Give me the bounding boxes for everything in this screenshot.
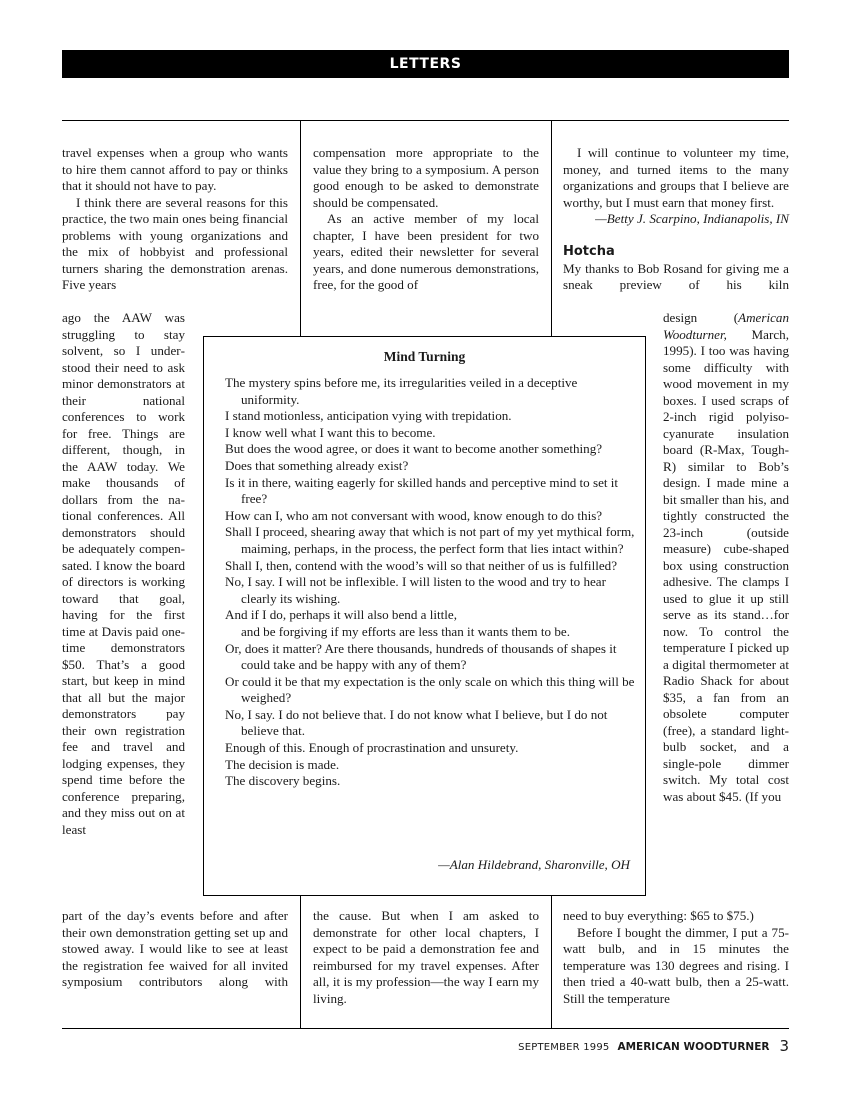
column2-bottom-text: the cause. But when I am asked to demons…: [313, 908, 539, 1007]
paragraph: part of the day’s events before and afte…: [62, 908, 288, 991]
poem-sidebar: Mind Turning The mystery spins before me…: [203, 336, 646, 896]
poem-line: Shall I, then, contend with the wood’s w…: [225, 558, 635, 575]
poem-line: Or, does it matter? Are there thousands,…: [225, 641, 635, 674]
issue-date: SEPTEMBER 1995: [518, 1042, 609, 1053]
section-title: LETTERS: [390, 56, 462, 72]
poem-line: Or could it be that my expectation is th…: [225, 674, 635, 707]
top-rule: [62, 120, 789, 121]
column2-top-text: compensation more appropriate to the val…: [313, 145, 539, 294]
poem-signature: —Alan Hildebrand, Sharonville, OH: [438, 857, 630, 873]
poem-body: The mystery spins before me, its irregul…: [225, 375, 635, 790]
poem-title: Mind Turning: [204, 349, 645, 365]
column1-narrow-text: ago the AAW was struggling to stay solve…: [62, 310, 185, 838]
poem-line: But does the wood agree, or does it want…: [225, 441, 635, 458]
paragraph: My thanks to Bob Rosand for giving me a …: [563, 261, 789, 294]
poem-line: Does that something already exist?: [225, 458, 635, 475]
paragraph: travel expenses when a group who wants t…: [62, 145, 288, 195]
poem-line: Shall I proceed, shearing away that whic…: [225, 524, 635, 557]
paragraph: ago the AAW was struggling to stay solve…: [62, 310, 185, 838]
poem-line: No, I say. I will not be inflexible. I w…: [225, 574, 635, 607]
bottom-rule: [62, 1028, 789, 1029]
poem-line: The decision is made.: [225, 757, 635, 774]
poem-line: How can I, who am not conversant with wo…: [225, 508, 635, 525]
magazine-name: AMERICAN WOODTURNER: [617, 1041, 769, 1053]
poem-line: And if I do, perhaps it will also bend a…: [225, 607, 635, 624]
page-number: 3: [779, 1037, 789, 1055]
text-run: March, 1995). I too was hav­ing some dif…: [663, 327, 789, 804]
poem-line: and be forgiving if my efforts are less …: [225, 624, 635, 641]
column3-top-text: I will continue to volunteer my time, mo…: [563, 145, 789, 294]
text-run: design (: [663, 310, 738, 325]
poem-line: No, I say. I do not believe that. I do n…: [225, 707, 635, 740]
letter-signature: —Betty J. Scarpino, Indianapolis, IN: [563, 211, 789, 228]
poem-line: I know well what I want this to become.: [225, 425, 635, 442]
letter-heading: Hotcha: [563, 243, 789, 261]
paragraph: I think there are several reasons for th…: [62, 195, 288, 294]
poem-line: The discovery begins.: [225, 773, 635, 790]
paragraph: the cause. But when I am asked to demons…: [313, 908, 539, 1007]
paragraph: I will continue to volunteer my time, mo…: [563, 145, 789, 211]
column3-bottom-text: need to buy everything: $65 to $75.) Bef…: [563, 908, 789, 1007]
poem-line: Enough of this. Enough of procrastinatio…: [225, 740, 635, 757]
column1-top-text: travel expenses when a group who wants t…: [62, 145, 288, 294]
page-footer: SEPTEMBER 1995AMERICAN WOODTURNER3: [518, 1037, 789, 1055]
section-banner: LETTERS: [62, 50, 789, 78]
paragraph: As an active member of my local chapter,…: [313, 211, 539, 294]
paragraph: compensation more appropriate to the val…: [313, 145, 539, 211]
column3-narrow-text: design (American Woodturner, March, 1995…: [663, 310, 789, 805]
poem-line: Is it in there, waiting eagerly for skil…: [225, 475, 635, 508]
column1-bottom-text: part of the day’s events before and afte…: [62, 908, 288, 991]
poem-line: The mystery spins before me, its irregul…: [225, 375, 635, 408]
paragraph: design (American Woodturner, March, 1995…: [663, 310, 789, 805]
paragraph: need to buy everything: $65 to $75.): [563, 908, 789, 925]
poem-line: I stand motionless, anticipation vying w…: [225, 408, 635, 425]
paragraph: Before I bought the dimmer, I put a 75-w…: [563, 925, 789, 1008]
